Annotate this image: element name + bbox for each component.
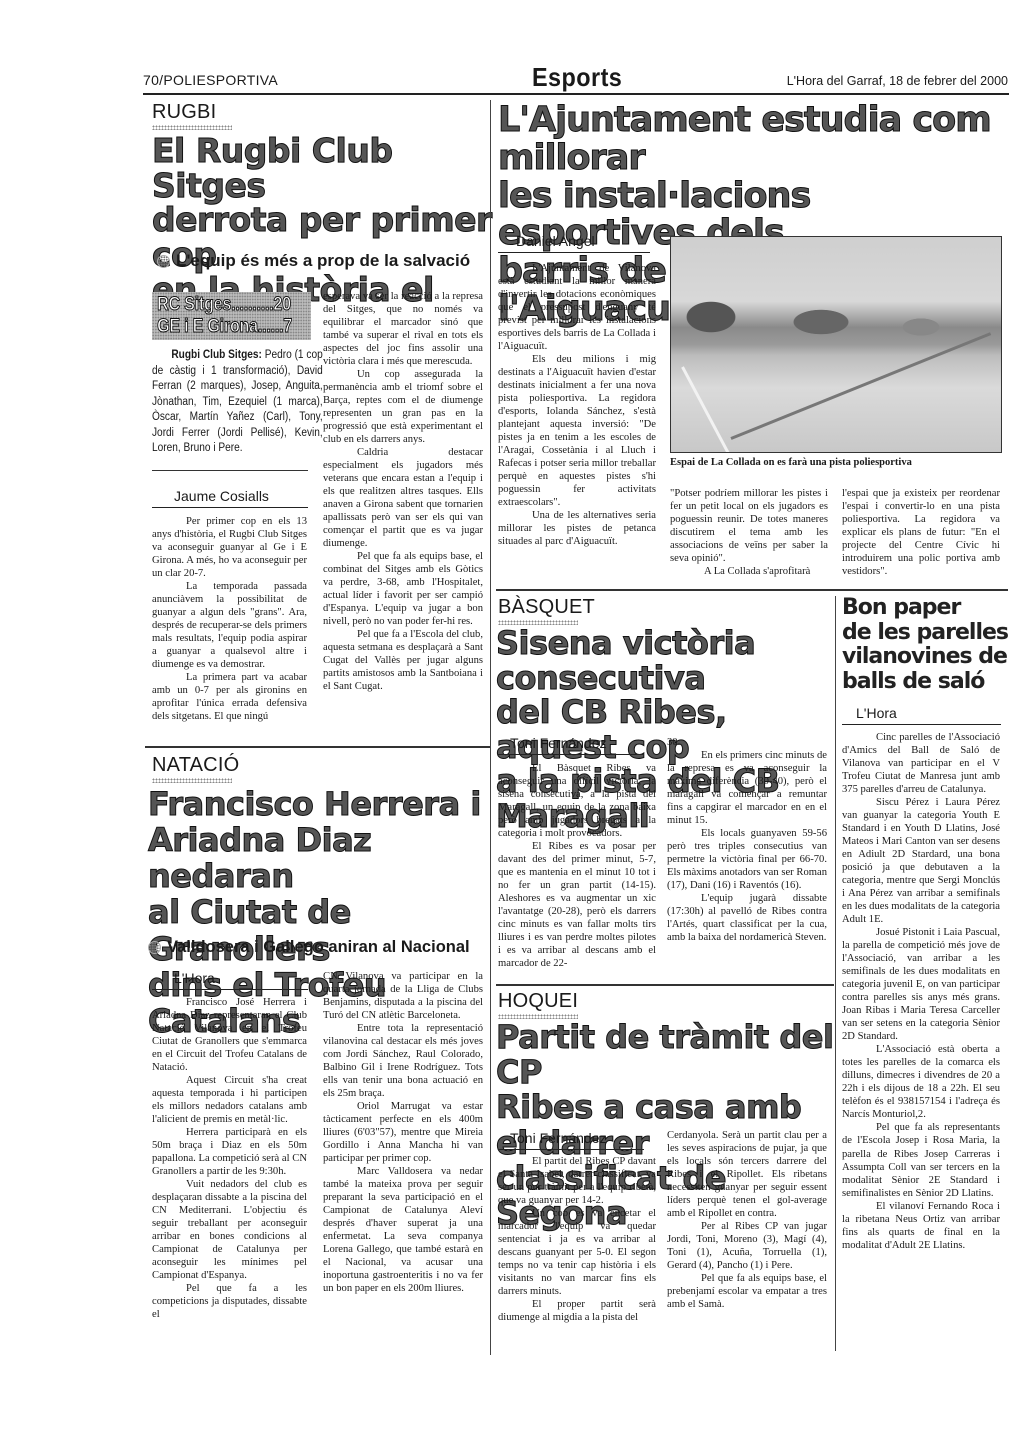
- rugbi-column-1: Per primer cop en els 13 anys d'història…: [152, 515, 307, 723]
- paragraph: La temporada passada anunciàvem la possi…: [152, 580, 307, 671]
- basquet-byline: Toni Fernández: [498, 735, 644, 755]
- column-divider: [835, 596, 836, 1351]
- rugbi-scorebox: RC Sitges..........20 GE i E Girona.....…: [152, 292, 314, 340]
- paragraph: El proper partit serà diumenge al migdia…: [498, 1298, 656, 1324]
- team-name: RC Sitges: [157, 294, 231, 315]
- publication-date: L'Hora del Garraf, 18 de febrer del 2000: [787, 74, 1008, 88]
- paragraph: l'espai que ja existeix per reordenar l'…: [842, 487, 1000, 578]
- score-box: RC Sitges..........20 GE i E Girona.....…: [152, 292, 311, 340]
- paragraph: Pel que fa als equips base, el prebenjam…: [667, 1272, 827, 1311]
- rugbi-roster: Rugbi Club Sitges: Pedro (1 cop de càsti…: [152, 348, 323, 457]
- rugbi-byline: Jaume Cosialls: [152, 488, 308, 508]
- roster-label: Rugbi Club Sitges:: [171, 349, 262, 361]
- basquet-section-label: BÀSQUET: [498, 597, 595, 625]
- leader-dots: ......: [258, 316, 283, 337]
- paragraph: Siscu Pérez i Laura Pérez van guanyar la…: [842, 796, 1000, 926]
- paragraph: L'Ajuntament de Vilanova està estudiant …: [498, 262, 656, 353]
- paragraph: Cinc parelles de l'Associació d'Amics de…: [842, 731, 1000, 796]
- paragraph: Cerdanyola. Serà un partit clau per a le…: [667, 1129, 827, 1220]
- section-rule: [145, 746, 490, 748]
- section-label-text: RUGBI: [152, 102, 232, 122]
- section-dots: [152, 778, 232, 783]
- paragraph: Els locals guanyaven 59-56 però tres tri…: [667, 827, 827, 892]
- paragraph: Entre tota la representació vilanovina c…: [323, 1022, 483, 1100]
- paragraph: L'equip jugarà dissabte (17:30h) al pave…: [667, 892, 827, 944]
- headline-line: Francisco Herrera i: [148, 786, 493, 822]
- paragraph: Per al Ribes CP van jugar Jordi, Toni, M…: [667, 1220, 827, 1272]
- paragraph: CN Vilanova va participar en la quarta j…: [323, 970, 483, 1022]
- headline-line: L'Ajuntament estudia com millorar: [498, 102, 1013, 178]
- paragraph: "Potser podríem millorar les pistes i fe…: [670, 487, 828, 565]
- paragraph: Una de les alternatives seria millorar l…: [498, 509, 656, 548]
- score-row: RC Sitges..........20: [157, 294, 306, 316]
- paragraph: A La Collada s'aprofitarà: [670, 565, 828, 578]
- natacio-subhead: Valldosera i Gallego aniran al Nacional: [148, 938, 470, 957]
- basquet-column-1: El Bàsquet Ribes va aconseguir una difíc…: [498, 762, 656, 970]
- rugbi-column-2: esperava va ser la reacció a la represa …: [323, 290, 483, 693]
- team-points: 7: [283, 316, 292, 337]
- photo-court-line: [681, 366, 735, 453]
- paragraph: El Ribes es va posar per davant des del …: [498, 840, 656, 970]
- balls-byline: L'Hora: [842, 705, 1001, 725]
- paragraph: 30.: [667, 736, 827, 749]
- paragraph: Vuit nedadors del club es desplaçaran di…: [152, 1178, 307, 1282]
- photo-la-collada: [670, 236, 1002, 453]
- natacio-byline: L'Hora: [152, 970, 308, 990]
- paragraph: esperava va ser la reacció a la represa …: [323, 290, 483, 368]
- headline-line: balls de saló: [842, 670, 1012, 695]
- paragraph: El partit del Ribes CP davant el Santa I…: [498, 1155, 656, 1207]
- page-section-label: 70/POLIESPORTIVA: [143, 72, 278, 88]
- paragraph: Marc Valldosera va nedar també la mateix…: [323, 1165, 483, 1295]
- section-label-text: HOQUEI: [498, 991, 578, 1011]
- paragraph: Francisco José Herrera i Ariadna Diaz re…: [152, 996, 307, 1074]
- headline-line: vilanovines de: [842, 645, 1012, 670]
- paragraph: Aquest Circuit s'ha creat aquesta tempor…: [152, 1074, 307, 1126]
- ajuntament-column-1: L'Ajuntament de Vilanova està estudiant …: [498, 262, 656, 548]
- paragraph: Un cop es va encetar el marcador l'equip…: [498, 1207, 656, 1298]
- paragraph: Un cop assegurada la permanència amb el …: [323, 368, 483, 446]
- roster-text: Pedro (1 cop de càstig i 1 transformació…: [152, 349, 323, 454]
- paragraph: Per primer cop en els 13 anys d'història…: [152, 515, 307, 580]
- subhead-text: Valldosera i Gallego aniran al Nacional: [167, 938, 470, 957]
- headline-line: Sisena victòria consecutiva: [496, 626, 841, 695]
- column-divider: [490, 100, 491, 1355]
- natacio-section-label: NATACIÓ: [152, 755, 239, 783]
- paragraph: Els deu milions i mig destinats a l'Aigu…: [498, 353, 656, 509]
- subhead-text: L'equip és més a prop de la salvació: [176, 251, 470, 271]
- paragraph: Oriol Marrugat va estar tàcticament perf…: [323, 1100, 483, 1165]
- headline-line: Ariadna Diaz nedaran: [148, 822, 493, 894]
- paragraph: Josué Pistonit i Laia Pascual, la parell…: [842, 926, 1000, 1043]
- paragraph: Pel que fa als equips base, el combinat …: [323, 550, 483, 628]
- headline-line: El Rugbi Club Sitges: [152, 134, 492, 203]
- natacio-column-2: CN Vilanova va participar en la quarta j…: [323, 970, 483, 1295]
- ajuntament-column-2: "Potser podríem millorar les pistes i fe…: [670, 487, 828, 578]
- header-rule: [143, 93, 1009, 95]
- section-label-text: BÀSQUET: [498, 597, 595, 617]
- paragraph: En els primers cinc minuts de la represa…: [667, 749, 827, 827]
- paragraph: Pel que fa a les competicions ja disputa…: [152, 1282, 307, 1321]
- team-points: 20: [273, 294, 290, 315]
- paragraph: El vilanoví Fernando Roca i la ribetana …: [842, 1200, 1000, 1252]
- rugbi-section-label: RUGBI: [152, 102, 232, 130]
- headline-line: Bon paper: [842, 596, 1012, 621]
- paragraph: El Bàsquet Ribes va aconseguir una difíc…: [498, 762, 656, 840]
- paragraph: Herrera participarà en els 50m braça i D…: [152, 1126, 307, 1178]
- section-rule: [496, 589, 1008, 591]
- headline-line: Partit de tràmit del CP: [496, 1020, 841, 1090]
- roster-rule: [152, 470, 308, 471]
- bullet-icon: [157, 255, 170, 268]
- natacio-column-1: Francisco José Herrera i Ariadna Diaz re…: [152, 996, 307, 1321]
- section-rule: [496, 984, 834, 986]
- balls-headline: Bon paper de les parelles vilanovines de…: [842, 596, 1012, 695]
- balls-column: Cinc parelles de l'Associació d'Amics de…: [842, 731, 1000, 1252]
- score-row: GE i E Girona......7: [157, 316, 306, 338]
- hoquei-column-2: Cerdanyola. Serà un partit clau per a le…: [667, 1129, 827, 1311]
- section-label-text: NATACIÓ: [152, 755, 239, 775]
- hoquei-byline: Toni Fernández: [498, 1130, 644, 1150]
- paragraph: L'Associació està oberta a totes les par…: [842, 1043, 1000, 1121]
- paragraph: La primera part va acabar amb un 0-7 per…: [152, 671, 307, 723]
- paragraph: Pel que fa als representants de l'Escola…: [842, 1121, 1000, 1199]
- leader-dots: ..........: [231, 294, 273, 315]
- hoquei-column-1: El partit del Ribes CP davant el Santa I…: [498, 1155, 656, 1324]
- headline-line: de les parelles: [842, 621, 1012, 646]
- team-name: GE i E Girona: [157, 316, 258, 337]
- photo-court-line: [730, 332, 991, 440]
- rugbi-subhead: L'equip és més a prop de la salvació: [157, 251, 470, 271]
- section-title: Esports: [532, 62, 622, 93]
- ajuntament-column-3: l'espai que ja existeix per reordenar l'…: [842, 487, 1000, 578]
- section-dots: [152, 125, 232, 130]
- paragraph: Pel que fa a l'Escola del club, aquesta …: [323, 628, 483, 693]
- photo-caption: Espai de La Collada on es farà una pista…: [670, 457, 1005, 468]
- hoquei-section-label: HOQUEI: [498, 991, 578, 1019]
- ajuntament-byline: Daniel Angel: [498, 233, 650, 253]
- bullet-icon: [148, 941, 161, 954]
- paragraph: Caldria destacar especialment els jugado…: [323, 446, 483, 550]
- basquet-column-2: 30. En els primers cinc minuts de la rep…: [667, 736, 827, 944]
- photo-trees: [671, 297, 1001, 342]
